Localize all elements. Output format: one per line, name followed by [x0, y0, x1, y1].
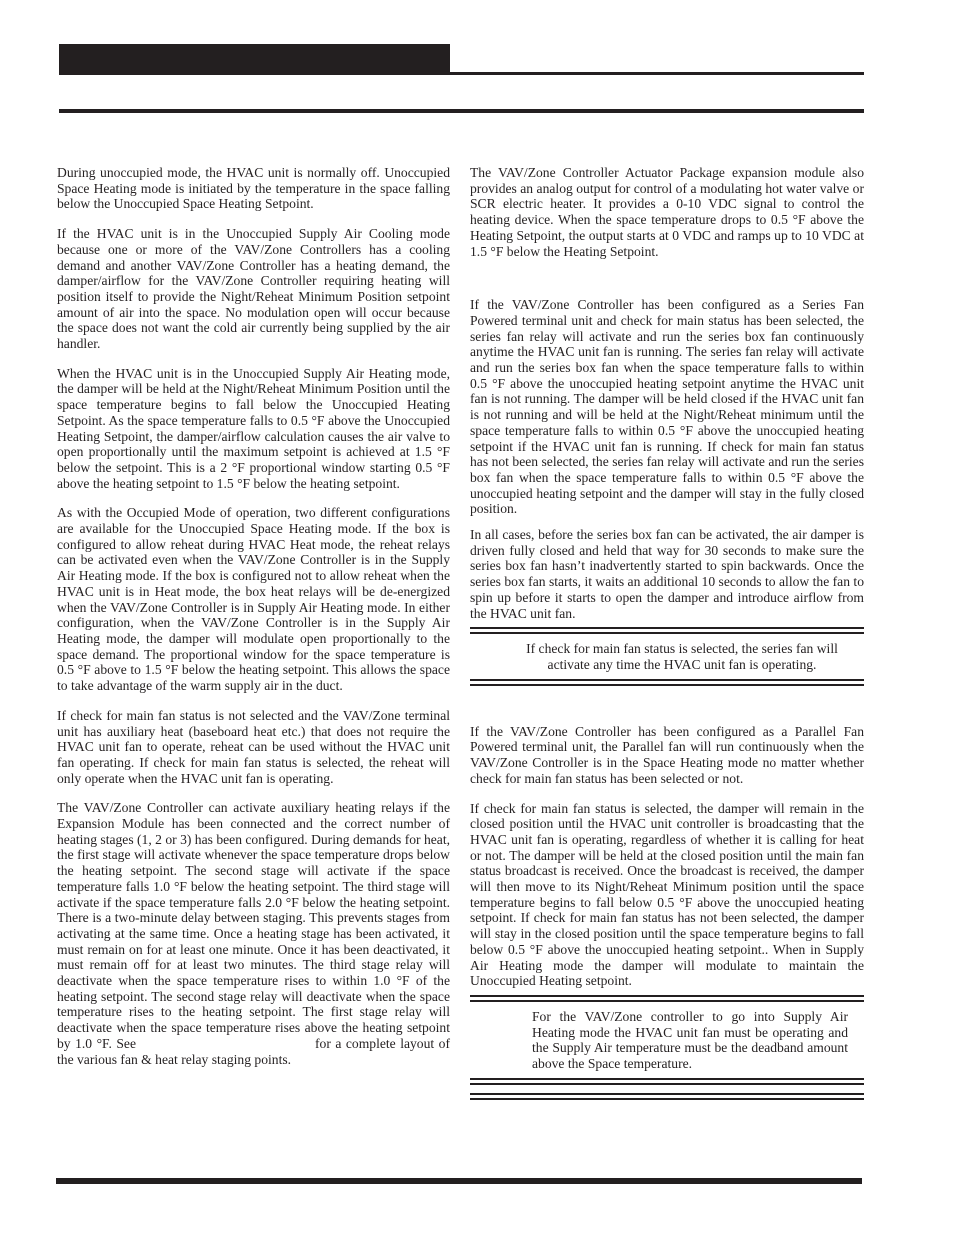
section-end-rule: [470, 1093, 864, 1100]
staging-text-before-gap: The VAV/Zone Controller can activate aux…: [57, 800, 450, 1051]
document-page: During unoccupied mode, the HVAC unit is…: [0, 0, 954, 1235]
paragraph-series-fan-powered: If the VAV/Zone Controller has been conf…: [470, 297, 864, 517]
left-column: During unoccupied mode, the HVAC unit is…: [57, 165, 450, 1067]
paragraph-unoccupied-mode: During unoccupied mode, the HVAC unit is…: [57, 165, 450, 212]
paragraph-occupied-configurations: As with the Occupied Mode of operation, …: [57, 505, 450, 693]
note-supply-air-heating-text: For the VAV/Zone controller to go into S…: [482, 1009, 852, 1072]
paragraph-main-fan-status: If check for main fan status is not sele…: [57, 708, 450, 787]
note-series-fan-text: If check for main fan status is selected…: [482, 641, 852, 672]
paragraph-analog-output: The VAV/Zone Controller Actuator Package…: [470, 165, 864, 259]
paragraph-supply-air-cooling: If the HVAC unit is in the Unoccupied Su…: [57, 226, 450, 352]
paragraph-parallel-damper-behavior: If check for main fan status is selected…: [470, 801, 864, 989]
paragraph-series-box-fan-delay: In all cases, before the series box fan …: [470, 527, 864, 621]
right-column: The VAV/Zone Controller Actuator Package…: [470, 165, 864, 1100]
footer-bar: [56, 1178, 862, 1184]
missing-reference-gap: [141, 1047, 311, 1048]
paragraph-heating-stages: The VAV/Zone Controller can activate aux…: [57, 800, 450, 1067]
paragraph-parallel-fan-powered: If the VAV/Zone Controller has been conf…: [470, 724, 864, 787]
header-rule-thin: [59, 72, 864, 75]
header-banner: [59, 44, 450, 75]
header-rule-thick: [59, 109, 864, 113]
note-box-series-fan: If check for main fan status is selected…: [470, 627, 864, 685]
note-box-supply-air-heating: For the VAV/Zone controller to go into S…: [470, 995, 864, 1085]
paragraph-supply-air-heating: When the HVAC unit is in the Unoccupied …: [57, 366, 450, 492]
